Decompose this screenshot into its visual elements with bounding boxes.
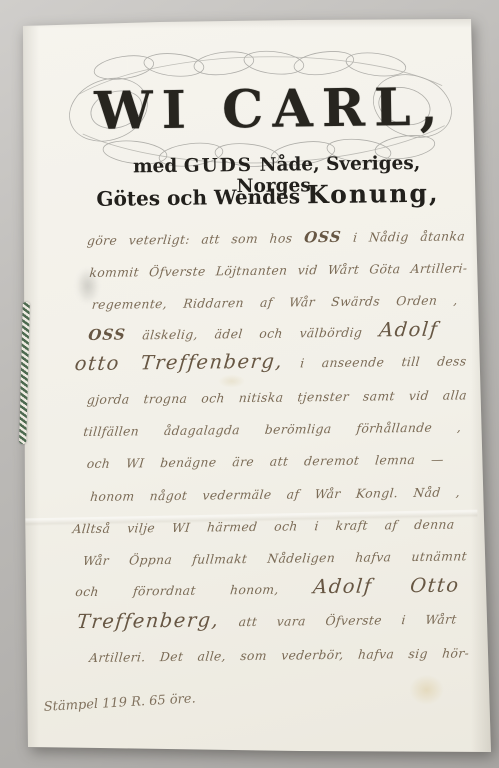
stamp-duty-note: Stämpel 119 R. 65 öre.: [43, 691, 196, 714]
document-content: WI CARL, med GUDS Nåde, Sveriges, Norges…: [0, 0, 499, 768]
manuscript-line-1: göre veterligt: att som hos OSS i Nådig …: [86, 225, 466, 251]
manuscript-line-7: tillfällen ådagalagda berömliga förhålla…: [83, 417, 463, 442]
subtitle-text: Götes och Wendes: [96, 184, 307, 211]
manuscript-line-2: kommit Öfverste Löjtnanten vid Wårt Göta…: [89, 258, 469, 283]
manuscript-line-12: och förordnat honom, Adolf Otto: [74, 575, 460, 602]
royal-header-title: WI CARL,: [90, 78, 451, 142]
manuscript-line-8: och WI benägne äre att deremot lemna —: [86, 450, 445, 474]
manuscript-line-6: gjorda trogna och nitiska tjenster samt …: [86, 385, 468, 410]
photo-background: WI CARL, med GUDS Nåde, Sveriges, Norges…: [0, 0, 499, 768]
manuscript-line-13: Treffenberg, att vara Öfverste i Wårt: [76, 607, 458, 634]
document-paper: WI CARL, med GUDS Nåde, Sveriges, Norges…: [0, 0, 499, 768]
manuscript-line-4: OSS älskelig, ädel och välbördig Adolf: [87, 320, 439, 346]
pencil-smudge: [70, 260, 105, 312]
manuscript-line-11: Wår Öppna fullmakt Nådeligen hafva utnäm…: [82, 546, 468, 571]
manuscript-line-14: Artilleri. Det alle, som vederbör, hafva…: [88, 643, 470, 668]
subtitle-line-2: Götes och Wendes Konung,: [95, 179, 440, 212]
subtitle-emphasis-guds: GUDS: [184, 155, 254, 177]
manuscript-line-3: regemente, Riddaren af Wår Swärds Orden …: [91, 290, 459, 314]
manuscript-body: göre veterligt: att som hos OSS i Nådig …: [0, 0, 494, 3]
manuscript-line-9: honom något vedermäle af Wår Kongl. Nåd …: [89, 482, 461, 507]
manuscript-line-5: otto Treffenberg, i anseende till dess: [74, 349, 468, 376]
document-photo: WI CARL, med GUDS Nåde, Sveriges, Norges…: [0, 0, 499, 768]
subtitle-text: med: [133, 156, 184, 178]
paper-stain: [403, 670, 449, 711]
subtitle-emphasis-konung: Konung,: [307, 179, 440, 210]
